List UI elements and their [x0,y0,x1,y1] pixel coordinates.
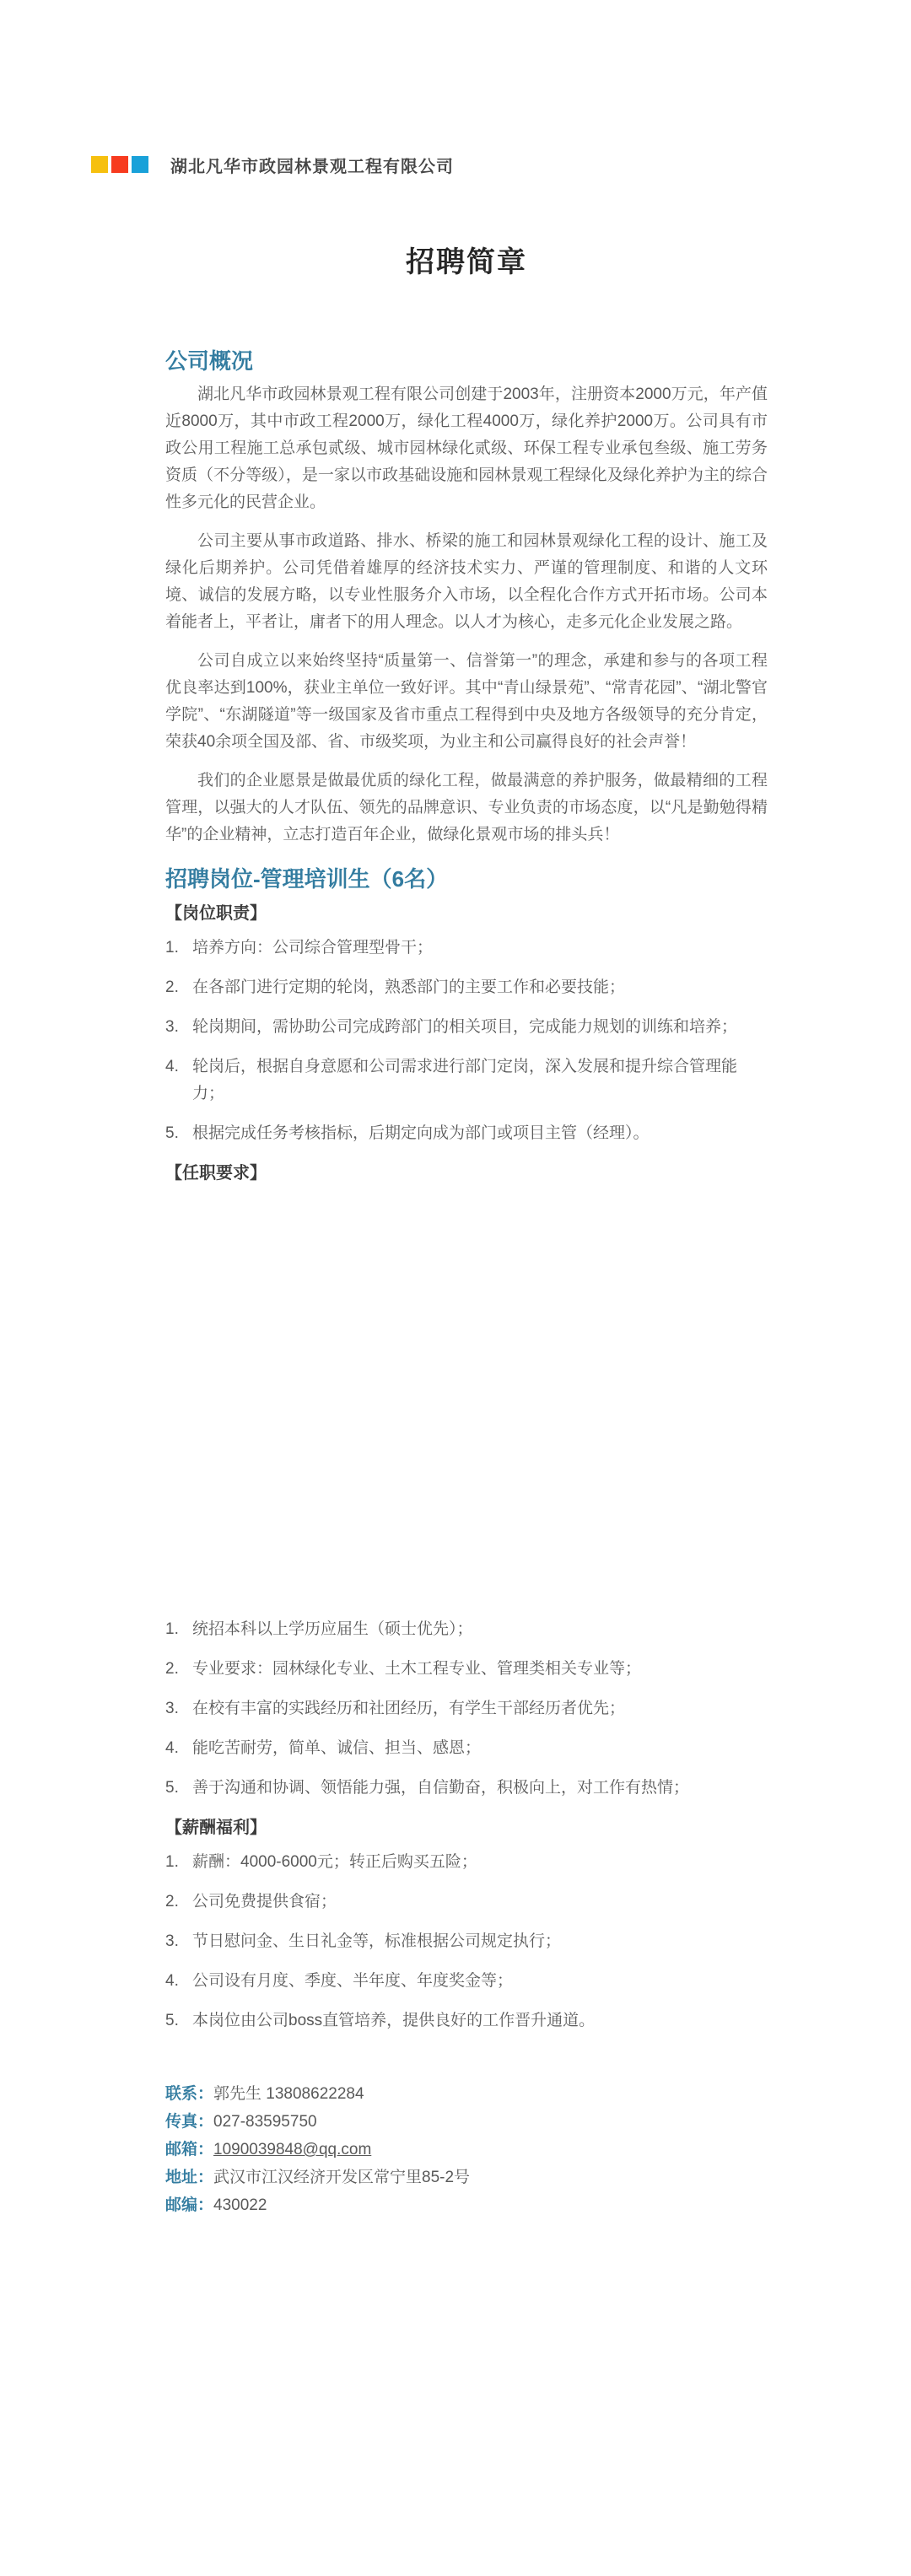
contact-label: 邮编： [165,2196,213,2214]
list-item: 3. 节日慰问金、生日礼金等，标准根据公司规定执行； [165,1928,768,1955]
list-item: 1. 统招本科以上学历应届生（硕士优先）； [165,1616,768,1643]
list-item-number: 2. [165,974,192,1001]
subsection-heading-requirements: 【任职要求】 [165,1161,768,1186]
overview-paragraph: 我们的企业愿景是做最优质的绿化工程，做最满意的养护服务，做最精细的工程管理，以强… [165,768,768,849]
recruitment-page: 湖北凡华市政园林景观工程有限公司 招聘简章 公司概况 湖北凡华市政园林景观工程有… [0,0,911,2576]
list-item: 4. 轮岗后，根据自身意愿和公司需求进行部门定岗，深入发展和提升综合管理能力； [165,1054,768,1107]
list-item: 1. 培养方向：公司综合管理型骨干； [165,935,768,962]
contact-postcode: 430022 [213,2196,267,2214]
contact-label: 地址： [165,2169,213,2186]
overview-paragraph: 湖北凡华市政园林景观工程有限公司创建于2003年，注册资本2000万元，年产值近… [165,381,768,516]
list-item: 5. 善于沟通和协调、领悟能力强，自信勤奋，积极向上，对工作有热情； [165,1775,768,1802]
list-item: 3. 在校有丰富的实践经历和社团经历，有学生干部经历者优先； [165,1695,768,1722]
page-header: 湖北凡华市政园林景观工程有限公司 [91,155,911,174]
company-name: 湖北凡华市政园林景观工程有限公司 [170,153,454,177]
list-item-text: 能吃苦耐劳，简单、诚信、担当、感恩； [192,1735,768,1762]
contact-label: 邮箱： [165,2141,213,2158]
overview-paragraph: 公司自成立以来始终坚持“质量第一、信誉第一”的理念，承建和参与的各项工程优良率达… [165,648,768,756]
contact-row: 传真：027-83595750 [165,2108,768,2136]
list-item-text: 在各部门进行定期的轮岗，熟悉部门的主要工作和必要技能； [192,974,768,1001]
list-item: 2. 专业要求：园林绿化专业、土木工程专业、管理类相关专业等； [165,1656,768,1683]
list-item: 3. 轮岗期间，需协助公司完成跨部门的相关项目，完成能力规划的训练和培养； [165,1014,768,1041]
list-item-number: 3. [165,1928,192,1955]
page-title: 招聘简章 [165,245,768,280]
list-item-text: 节日慰问金、生日礼金等，标准根据公司规定执行； [192,1928,768,1955]
company-logo [91,156,148,173]
list-item-text: 轮岗期间，需协助公司完成跨部门的相关项目，完成能力规划的训练和培养； [192,1014,768,1041]
logo-square-red-icon [111,156,128,173]
duties-list: 1. 培养方向：公司综合管理型骨干； 2. 在各部门进行定期的轮岗，熟悉部门的主… [165,935,768,1147]
email-link[interactable]: 1090039848@qq.com [213,2141,371,2158]
list-item-number: 4. [165,1968,192,1995]
content-column: 招聘简章 公司概况 湖北凡华市政园林景观工程有限公司创建于2003年，注册资本2… [165,245,768,2219]
list-item-number: 3. [165,1695,192,1722]
list-item-text: 公司免费提供食宿； [192,1889,768,1916]
contact-label: 联系： [165,2085,213,2103]
contact-block: 联系：郭先生 13808622284 传真：027-83595750 邮箱：10… [165,2080,768,2219]
list-item: 4. 公司设有月度、季度、半年度、年度奖金等； [165,1968,768,1995]
contact-row: 邮编：430022 [165,2191,768,2219]
list-item-text: 公司设有月度、季度、半年度、年度奖金等； [192,1968,768,1995]
subsection-heading-duties: 【岗位职责】 [165,901,768,926]
subsection-heading-benefits: 【薪酬福利】 [165,1815,768,1840]
contact-address: 武汉市江汉经济开发区常宁里85-2号 [213,2169,470,2186]
list-item-number: 3. [165,1014,192,1041]
list-item-number: 4. [165,1054,192,1107]
blank-gap [165,1186,768,1608]
contact-fax: 027-83595750 [213,2113,317,2131]
list-item: 1. 薪酬：4000-6000元；转正后购买五险； [165,1849,768,1876]
list-item: 5. 本岗位由公司boss直管培养，提供良好的工作晋升通道。 [165,2007,768,2034]
list-item-text: 薪酬：4000-6000元；转正后购买五险； [192,1849,768,1876]
list-item: 4. 能吃苦耐劳，简单、诚信、担当、感恩； [165,1735,768,1762]
requirements-list: 1. 统招本科以上学历应届生（硕士优先）； 2. 专业要求：园林绿化专业、土木工… [165,1616,768,1802]
list-item-number: 1. [165,1849,192,1876]
list-item-number: 5. [165,1775,192,1802]
list-item-text: 根据完成任务考核指标，后期定向成为部门或项目主管（经理）。 [192,1120,768,1147]
list-item-number: 5. [165,2007,192,2034]
list-item-number: 2. [165,1889,192,1916]
list-item-text: 轮岗后，根据自身意愿和公司需求进行部门定岗，深入发展和提升综合管理能力； [192,1054,768,1107]
list-item-number: 5. [165,1120,192,1147]
contact-label: 传真： [165,2113,213,2131]
logo-square-blue-icon [132,156,148,173]
list-item: 2. 公司免费提供食宿； [165,1889,768,1916]
list-item-number: 2. [165,1656,192,1683]
section-heading-position: 招聘岗位-管理培训生（6名） [165,864,768,894]
list-item-text: 善于沟通和协调、领悟能力强，自信勤奋，积极向上，对工作有热情； [192,1775,768,1802]
list-item-number: 4. [165,1735,192,1762]
logo-square-yellow-icon [91,156,108,173]
benefits-list: 1. 薪酬：4000-6000元；转正后购买五险； 2. 公司免费提供食宿； 3… [165,1849,768,2034]
section-heading-overview: 公司概况 [165,346,768,376]
contact-phone: 郭先生 13808622284 [213,2085,364,2103]
list-item-text: 在校有丰富的实践经历和社团经历，有学生干部经历者优先； [192,1695,768,1722]
list-item-number: 1. [165,1616,192,1643]
list-item-text: 统招本科以上学历应届生（硕士优先）； [192,1616,768,1643]
contact-row: 邮箱：1090039848@qq.com [165,2136,768,2164]
list-item-text: 培养方向：公司综合管理型骨干； [192,935,768,962]
list-item: 5. 根据完成任务考核指标，后期定向成为部门或项目主管（经理）。 [165,1120,768,1147]
contact-row: 地址：武汉市江汉经济开发区常宁里85-2号 [165,2164,768,2191]
list-item-number: 1. [165,935,192,962]
contact-row: 联系：郭先生 13808622284 [165,2080,768,2108]
list-item-text: 专业要求：园林绿化专业、土木工程专业、管理类相关专业等； [192,1656,768,1683]
list-item-text: 本岗位由公司boss直管培养，提供良好的工作晋升通道。 [192,2007,768,2034]
list-item: 2. 在各部门进行定期的轮岗，熟悉部门的主要工作和必要技能； [165,974,768,1001]
overview-paragraph: 公司主要从事市政道路、排水、桥梁的施工和园林景观绿化工程的设计、施工及绿化后期养… [165,528,768,636]
